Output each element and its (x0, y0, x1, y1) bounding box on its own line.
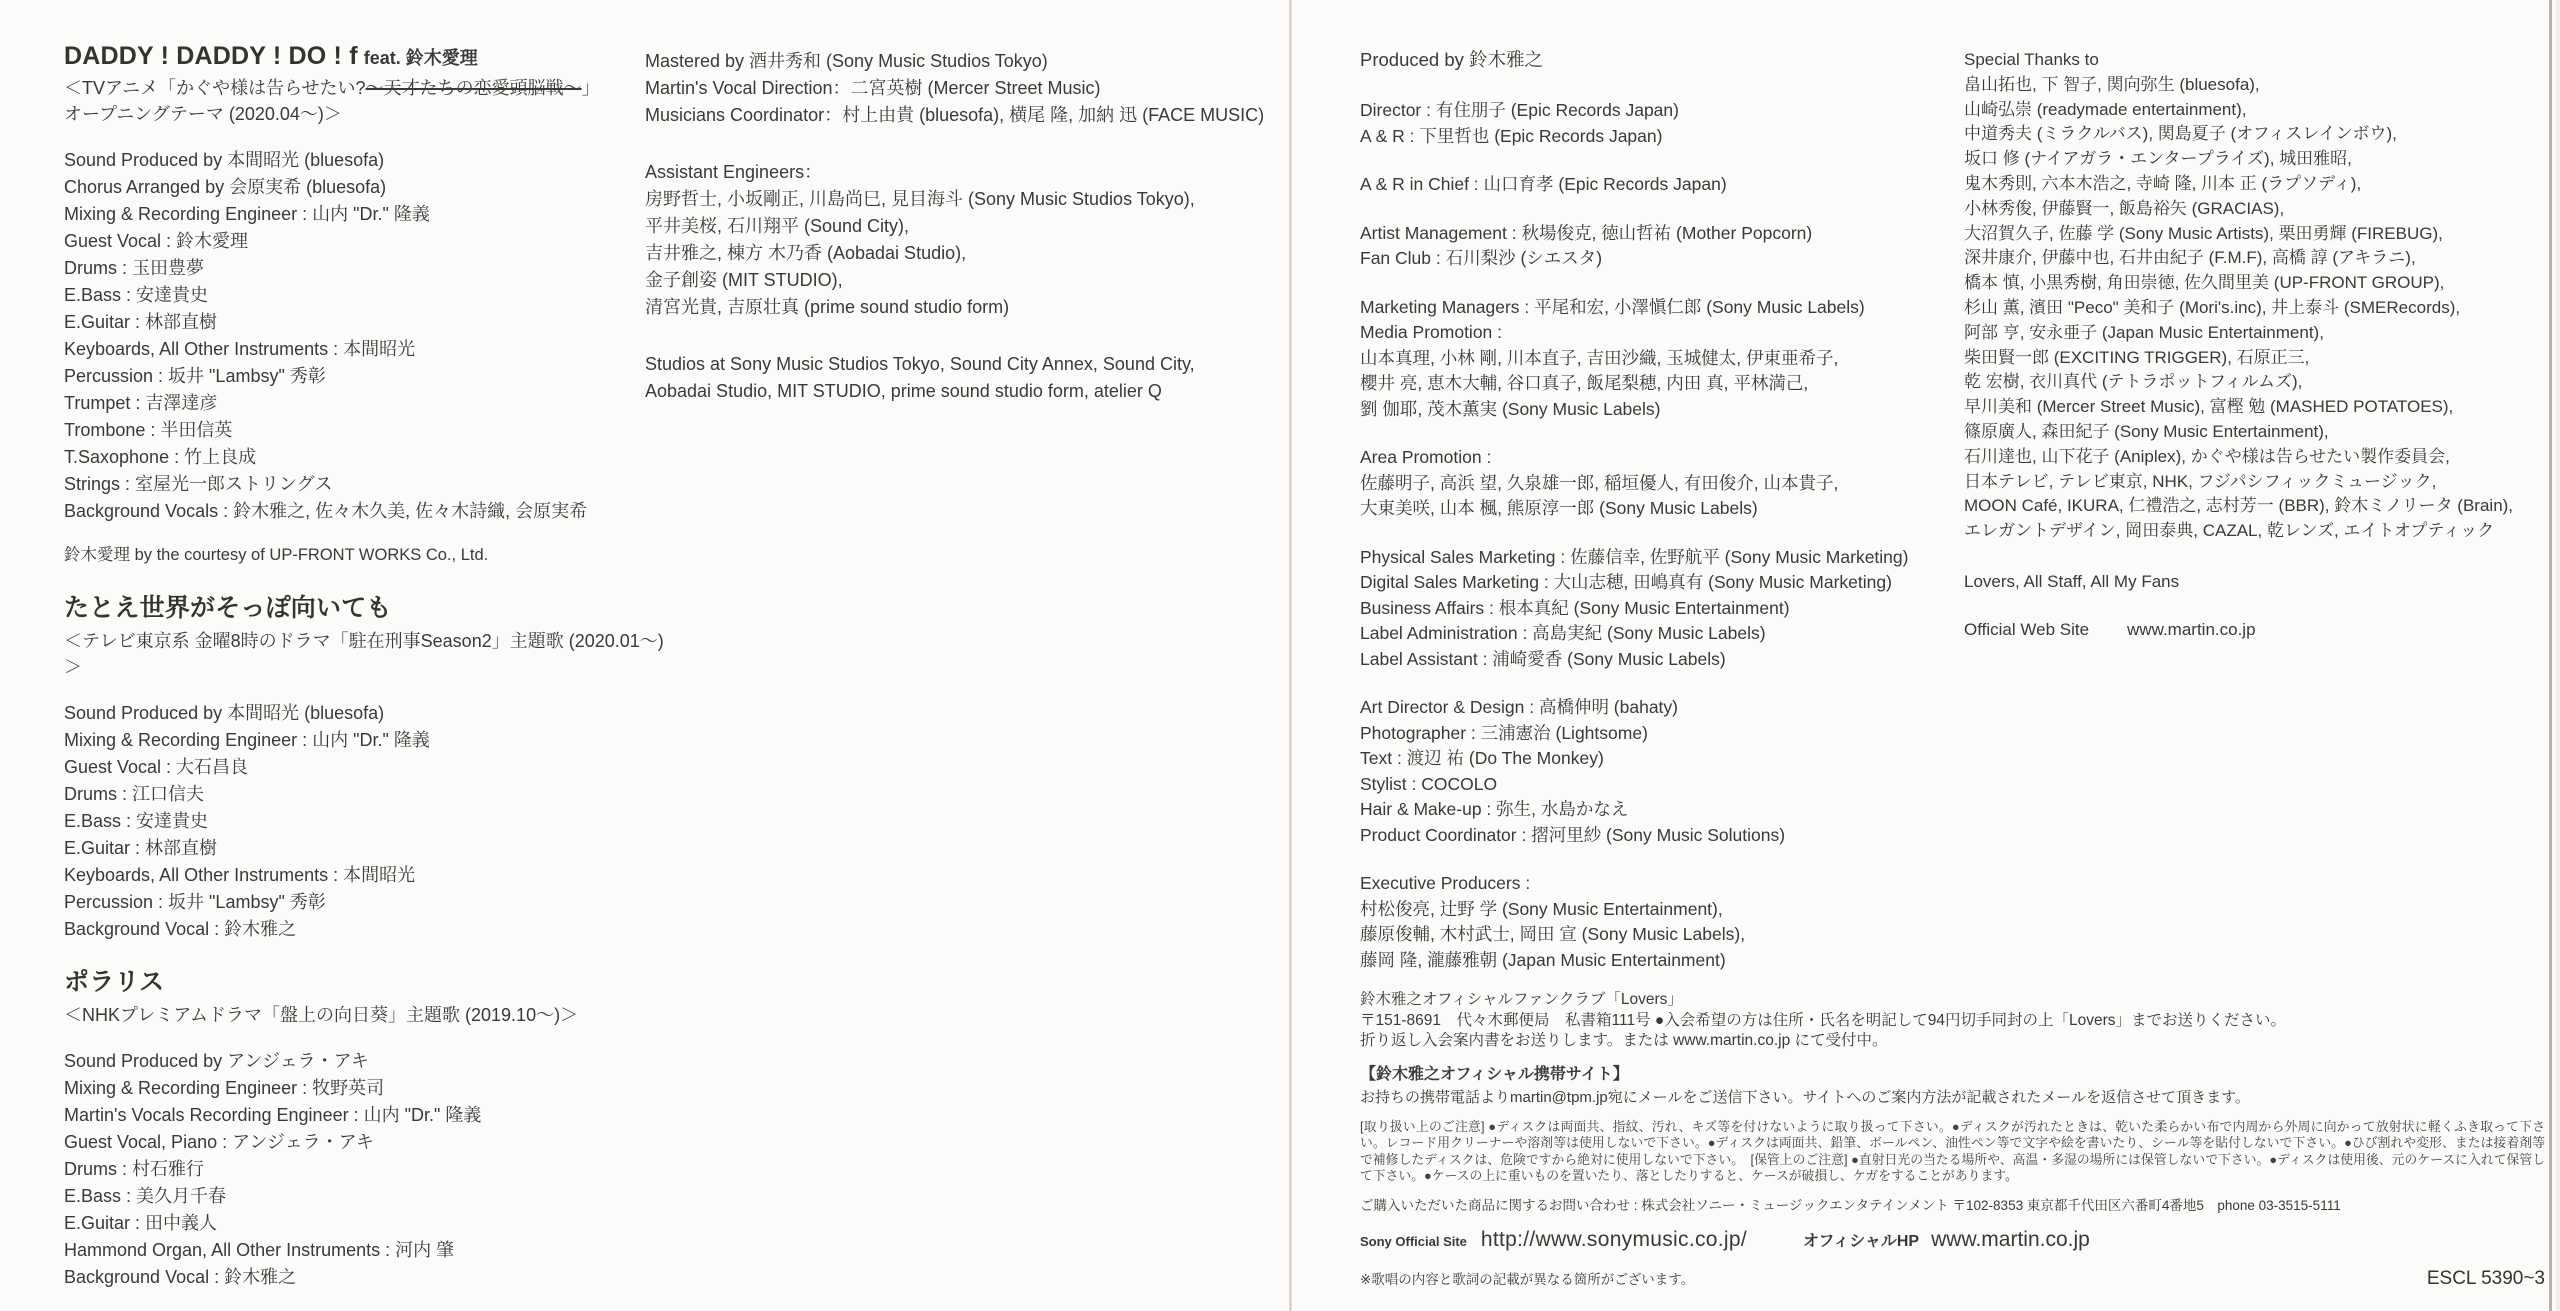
sony-site-url: http://www.sonymusic.co.jp/ (1481, 1228, 1747, 1252)
booklet-right-page: Produced by 鈴木雅之 Director : 有住朋子 (Epic R… (1292, 0, 2550, 1311)
official-sites-row: Sony Official Site http://www.sonymusic.… (1360, 1228, 2545, 1252)
text-line: Label Administration : 高島実紀 (Sony Music … (1360, 621, 1960, 647)
text-line: E.Guitar : 田中義人 (64, 1210, 664, 1237)
credit-block-sales: Physical Sales Marketing : 佐藤信幸, 佐野航平 (S… (1360, 545, 1960, 673)
page-gutter-divider (1289, 0, 1292, 1311)
special-thanks-column: Special Thanks to畠山拓也, 下 智子, 関向弥生 (blues… (1964, 48, 2554, 640)
text-line: Musicians Coordinator：村上由貴 (bluesofa), 横… (645, 102, 1285, 129)
text-line: Background Vocals : 鈴木雅之, 佐々木久美, 佐々木詩織, … (64, 498, 664, 525)
text-line: Drums : 村石雅行 (64, 1156, 664, 1183)
text-line: Trombone : 半田信英 (64, 417, 664, 444)
text-line: 早川美和 (Mercer Street Music), 富樫 勉 (MASHED… (1964, 395, 2554, 420)
text-line: 坂口 修 (ナイアガラ・エンタープライズ), 城田雅昭, (1964, 147, 2554, 172)
song-tiein: ＜NHKプレミアムドラマ「盤上の向日葵」主題歌 (2019.10～)＞ (64, 1002, 664, 1028)
text-line: 金子創姿 (MIT STUDIO), (645, 267, 1285, 294)
text-line: Product Coordinator : 摺河里紗 (Sony Music S… (1360, 823, 1960, 849)
text-line: 大東美咲, 山本 楓, 熊原淳一郎 (Sony Music Labels) (1360, 496, 1960, 522)
text-line: Keyboards, All Other Instruments : 本間昭光 (64, 336, 664, 363)
credit-list: Sound Produced by 本間昭光 (bluesofa)Mixing … (64, 700, 664, 943)
song-block-tatoe: たとえ世界がそっぽ向いても ＜テレビ東京系 金曜8時のドラマ「駐在刑事Seaso… (64, 588, 664, 943)
credit-block-area-promotion: Area Promotion :佐藤明子, 高浜 望, 久泉雄一郎, 稲垣優人,… (1360, 445, 1960, 522)
text-line: Background Vocal : 鈴木雅之 (64, 1264, 664, 1291)
text-line: Studios at Sony Music Studios Tokyo, Sou… (645, 351, 1285, 378)
song-block-daddy: DADDY ! DADDY ! DO ! ffeat. 鈴木愛理 ＜TVアニメ「… (64, 42, 664, 565)
footer-row: ※歌唱の内容と歌詞の記載が異なる箇所がございます。 ESCL 5390~3 (1360, 1268, 2545, 1290)
page-right-edge (2549, 0, 2552, 1311)
text-line: Stylist : COCOLO (1360, 772, 1960, 798)
staff-credits-column: Produced by 鈴木雅之 Director : 有住朋子 (Epic R… (1360, 46, 1960, 996)
text-line: 折り返し入会案内書をお送りします。または www.martin.co.jp にて… (1360, 1031, 2545, 1052)
text-line: Mixing & Recording Engineer : 山内 "Dr." 隆… (64, 727, 664, 754)
text-line: 橋本 慎, 小黒秀樹, 角田崇徳, 佐久間里美 (UP-FRONT GROUP)… (1964, 271, 2554, 296)
text-line: E.Bass : 美久月千春 (64, 1183, 664, 1210)
text-line: Guest Vocal, Piano : アンジェラ・アキ (64, 1129, 664, 1156)
text-line: 阿部 亨, 安永亜子 (Japan Music Entertainment), (1964, 321, 2554, 346)
text-line: Business Affairs : 根本真紀 (Sony Music Ente… (1360, 596, 1960, 622)
text-line: Martin's Vocals Recording Engineer : 山内 … (64, 1102, 664, 1129)
text-line: Artist Management : 秋場俊克, 徳山哲祐 (Mother P… (1360, 221, 1960, 247)
text-line: Drums : 江口信夫 (64, 781, 664, 808)
text-line: Trumpet : 吉澤達彦 (64, 390, 664, 417)
assistant-engineers-block: Assistant Engineers： 房野哲士, 小坂剛正, 川島尚巳, 見… (645, 159, 1285, 321)
text-line: 中道秀夫 (ミラクルバス), 関島夏子 (オフィスレインボウ), (1964, 122, 2554, 147)
text-line: Sound Produced by 本間昭光 (bluesofa) (64, 700, 664, 727)
text-line: Percussion : 坂井 "Lambsy" 秀彰 (64, 363, 664, 390)
text-line: 平井美桜, 石川翔平 (Sound City), (645, 213, 1285, 240)
text-line: 篠原廣人, 森田紀子 (Sony Music Entertainment), (1964, 420, 2554, 445)
text-line: E.Guitar : 林部直樹 (64, 835, 664, 862)
bottom-info-block: 鈴木雅之オフィシャルファンクラブ「Lovers」〒151-8691 代々木郵便局… (1360, 990, 2545, 1290)
contact-line: ご購入いただいた商品に関するお問い合わせ : 株式会社ソニー・ミュージックエンタ… (1360, 1194, 2545, 1214)
song-tiein: ＜TVアニメ「かぐや様は告らせたい?～天才たちの恋愛頭脳戦～」 (64, 75, 664, 101)
assistant-engineers-list: 房野哲士, 小坂剛正, 川島尚巳, 見目海斗 (Sony Music Studi… (645, 186, 1285, 321)
song-feat-text: feat. 鈴木愛理 (364, 48, 478, 68)
text-line: 日本テレビ, テレビ東京, NHK, フジパシフィックミュージック, (1964, 470, 2554, 495)
song-title-text: DADDY ! DADDY ! DO ! f (64, 42, 358, 70)
text-line: 深井康介, 伊藤中也, 石井由紀子 (F.M.F), 高橋 諄 (アキラニ), (1964, 246, 2554, 271)
mobile-site-text: お持ちの携帯電話よりmartin@tpm.jp宛にメールをご送信下さい。サイトへ… (1360, 1088, 2545, 1107)
text-line: Strings : 室屋光一郎ストリングス (64, 471, 664, 498)
mobile-site-heading: 【鈴木雅之オフィシャル携帯サイト】 (1360, 1061, 2545, 1084)
text-line: Physical Sales Marketing : 佐藤信幸, 佐野航平 (S… (1360, 545, 1960, 571)
text-line: Executive Producers : (1360, 871, 1960, 897)
website-label: Official Web Site (1964, 620, 2089, 639)
text-line: 大沼賀久子, 佐藤 学 (Sony Music Artists), 栗田勇輝 (… (1964, 222, 2554, 247)
text-line: Drums : 玉田豊夢 (64, 255, 664, 282)
text-line: 小林秀俊, 伊藤賢一, 飯島裕矢 (GRACIAS), (1964, 197, 2554, 222)
text-line: T.Saxophone : 竹上良成 (64, 444, 664, 471)
booklet-spread: { "page_left": { "songs": [ { "title": "… (0, 0, 2560, 1311)
text-line: エレガントデザイン, 岡田泰典, CAZAL, 乾レンズ, エイトオプティック (1964, 519, 2554, 544)
text-line: 石川達也, 山下花子 (Aniplex), かぐや様は告らせたい製作委員会, (1964, 445, 2554, 470)
text-line: Keyboards, All Other Instruments : 本間昭光 (64, 862, 664, 889)
text-line: 吉井雅之, 棟方 木乃香 (Aobadai Studio), (645, 240, 1285, 267)
text-line: MOON Café, IKURA, 仁禮浩之, 志村芳一 (BBR), 鈴木ミノ… (1964, 494, 2554, 519)
mastering-block: Mastered by 酒井秀和 (Sony Music Studios Tok… (645, 48, 1285, 129)
text-line: A & R in Chief : 山口育孝 (Epic Records Japa… (1360, 172, 1960, 198)
text-line: 鬼木秀則, 六本木浩之, 寺崎 隆, 川本 正 (ラプソディ), (1964, 172, 2554, 197)
special-thanks-list: Special Thanks to畠山拓也, 下 智子, 関向弥生 (blues… (1964, 48, 2554, 544)
mastering-column: Mastered by 酒井秀和 (Sony Music Studios Tok… (645, 48, 1285, 435)
text-line: Fan Club : 石川梨沙 (シエスタ) (1360, 246, 1960, 272)
text-line: Background Vocal : 鈴木雅之 (64, 916, 664, 943)
text-line: 柴田賢一郎 (EXCITING TRIGGER), 石原正三, (1964, 346, 2554, 371)
text-line: Media Promotion : (1360, 320, 1960, 346)
text-line: 佐藤明子, 高浜 望, 久泉雄一郎, 稲垣優人, 有田俊介, 山本貴子, (1360, 471, 1960, 497)
lovers-line: Lovers, All Staff, All My Fans (1964, 572, 2554, 592)
produced-by: Produced by 鈴木雅之 (1360, 46, 1960, 72)
tiein-pre: ＜TVアニメ「かぐや様は告らせたい? (64, 78, 366, 98)
text-line: 杉山 薫, 濱田 "Peco" 美和子 (Mori's.inc), 井上泰斗 (… (1964, 296, 2554, 321)
official-hp-label: オフィシャルHP (1803, 1228, 1919, 1251)
text-line: Art Director & Design : 高橋伸明 (bahaty) (1360, 695, 1960, 721)
text-line: 村松俊亮, 辻野 学 (Sony Music Entertainment), (1360, 897, 1960, 923)
text-line: 畠山拓也, 下 智子, 関向弥生 (bluesofa), (1964, 73, 2554, 98)
official-hp-url: www.martin.co.jp (1931, 1228, 2090, 1252)
text-line: 乾 宏樹, 衣川真代 (テトラポットフィルムズ), (1964, 370, 2554, 395)
text-line: Hair & Make-up : 弥生, 水島かなえ (1360, 797, 1960, 823)
credit-list: Sound Produced by 本間昭光 (bluesofa)Chorus … (64, 147, 664, 525)
credit-block-executive: Executive Producers :村松俊亮, 辻野 学 (Sony Mu… (1360, 871, 1960, 973)
song-tiein-line2: オープニングテーマ (2020.04～)＞ (64, 101, 664, 127)
lyrics-note: ※歌唱の内容と歌詞の記載が異なる箇所がございます。 (1360, 1268, 1694, 1288)
text-line: 劉 伽耶, 茂木薫実 (Sony Music Labels) (1360, 397, 1960, 423)
text-line: 藤岡 隆, 瀧藤雅朝 (Japan Music Entertainment) (1360, 948, 1960, 974)
booklet-left-page: DADDY ! DADDY ! DO ! ffeat. 鈴木愛理 ＜TVアニメ「… (0, 0, 1290, 1311)
credit-list: Sound Produced by アンジェラ・アキMixing & Recor… (64, 1048, 664, 1291)
text-line: Area Promotion : (1360, 445, 1960, 471)
text-line: Sound Produced by アンジェラ・アキ (64, 1048, 664, 1075)
song-block-polaris: ポラリス ＜NHKプレミアムドラマ「盤上の向日葵」主題歌 (2019.10～)＞… (64, 962, 664, 1291)
text-line: 藤原俊輔, 木村武士, 岡田 宣 (Sony Music Labels), (1360, 922, 1960, 948)
text-line: 清宮光貴, 吉原壮真 (prime sound studio form) (645, 294, 1285, 321)
text-line: Hammond Organ, All Other Instruments : 河… (64, 1237, 664, 1264)
text-line: Martin's Vocal Direction：二宮英樹 (Mercer St… (645, 75, 1285, 102)
catalog-number: ESCL 5390~3 (2427, 1268, 2545, 1290)
text-line: Mixing & Recording Engineer : 牧野英司 (64, 1075, 664, 1102)
text-line: 山崎弘崇 (readymade entertainment), (1964, 98, 2554, 123)
text-line: A & R : 下里哲也 (Epic Records Japan) (1360, 124, 1960, 150)
fanclub-info: 鈴木雅之オフィシャルファンクラブ「Lovers」〒151-8691 代々木郵便局… (1360, 990, 2545, 1052)
text-line: Aobadai Studio, MIT STUDIO, prime sound … (645, 378, 1285, 405)
credit-block-marketing: Marketing Managers : 平尾和宏, 小澤愼仁郎 (Sony M… (1360, 295, 1960, 423)
handling-notice: [取り扱い上のご注意] ●ディスクは両面共、指紋、汚れ、キズ等を付けないように取… (1360, 1119, 2545, 1185)
text-line: 櫻井 亮, 恵木大輔, 谷口真子, 飯尾梨穂, 内田 真, 平林満己, (1360, 371, 1960, 397)
assistant-engineers-heading: Assistant Engineers： (645, 159, 1285, 186)
text-line: Marketing Managers : 平尾和宏, 小澤愼仁郎 (Sony M… (1360, 295, 1960, 321)
text-line: E.Bass : 安達貴史 (64, 808, 664, 835)
website-url: www.martin.co.jp (2127, 620, 2255, 639)
text-line: Percussion : 坂井 "Lambsy" 秀彰 (64, 889, 664, 916)
text-line: Guest Vocal : 鈴木愛理 (64, 228, 664, 255)
text-line: E.Bass : 安達貴史 (64, 282, 664, 309)
text-line: Chorus Arranged by 会原実希 (bluesofa) (64, 174, 664, 201)
courtesy-note: 鈴木愛理 by the courtesy of UP-FRONT WORKS C… (64, 541, 664, 565)
studios-block: Studios at Sony Music Studios Tokyo, Sou… (645, 351, 1285, 405)
official-website-line: Official Web Sitewww.martin.co.jp (1964, 620, 2554, 640)
text-line: Digital Sales Marketing : 大山志穂, 田嶋真有 (So… (1360, 570, 1960, 596)
text-line: Sound Produced by 本間昭光 (bluesofa) (64, 147, 664, 174)
text-line: Mixing & Recording Engineer : 山内 "Dr." 隆… (64, 201, 664, 228)
song-title: たとえ世界がそっぽ向いても (64, 588, 664, 624)
text-line: Mastered by 酒井秀和 (Sony Music Studios Tok… (645, 48, 1285, 75)
credit-block-management: Artist Management : 秋場俊克, 徳山哲祐 (Mother P… (1360, 221, 1960, 272)
text-line: 山本真理, 小林 剛, 川本直子, 吉田沙織, 玉城健太, 伊東亜希子, (1360, 346, 1960, 372)
page-outer-edge (2556, 0, 2560, 1311)
text-line: Director : 有住朋子 (Epic Records Japan) (1360, 98, 1960, 124)
song-title: DADDY ! DADDY ! DO ! ffeat. 鈴木愛理 (64, 42, 664, 71)
text-line: 鈴木雅之オフィシャルファンクラブ「Lovers」 (1360, 990, 2545, 1011)
text-line: Photographer : 三浦憲治 (Lightsome) (1360, 721, 1960, 747)
text-line: Label Assistant : 浦崎愛香 (Sony Music Label… (1360, 647, 1960, 673)
text-line: 〒151-8691 代々木郵便局 私書箱111号 ●入会希望の方は住所・氏名を明… (1360, 1011, 2545, 1032)
text-line: Text : 渡辺 祐 (Do The Monkey) (1360, 746, 1960, 772)
credit-block-director: Director : 有住朋子 (Epic Records Japan)A & … (1360, 98, 1960, 149)
text-line: Special Thanks to (1964, 48, 2554, 73)
song-tiein: ＜テレビ東京系 金曜8時のドラマ「駐在刑事Season2」主題歌 (2020.0… (64, 628, 664, 680)
tiein-post: 」 (582, 78, 600, 98)
text-line: E.Guitar : 林部直樹 (64, 309, 664, 336)
sony-site-label: Sony Official Site (1360, 1234, 1467, 1249)
credit-block-ar-chief: A & R in Chief : 山口育孝 (Epic Records Japa… (1360, 172, 1960, 198)
song-title: ポラリス (64, 962, 664, 998)
text-line: 房野哲士, 小坂剛正, 川島尚巳, 見目海斗 (Sony Music Studi… (645, 186, 1285, 213)
text-line: Guest Vocal : 大石昌良 (64, 754, 664, 781)
credit-block-art: Art Director & Design : 高橋伸明 (bahaty)Pho… (1360, 695, 1960, 848)
tiein-struck: ～天才たちの恋愛頭脳戦～ (366, 78, 582, 98)
